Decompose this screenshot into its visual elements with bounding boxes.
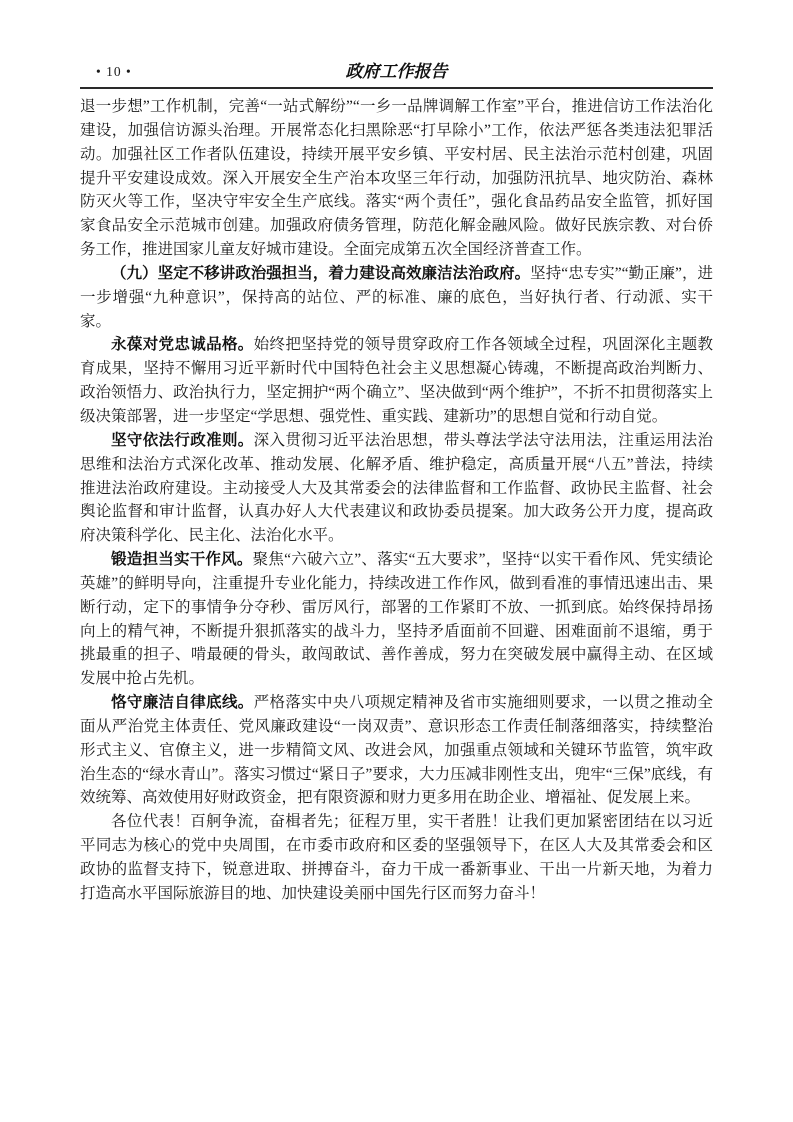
paragraph-loyalty: 永葆对党忠诚品格。始终把坚持党的领导贯穿政府工作各领域全过程，巩固深化主题教育成… (80, 333, 713, 428)
paragraph-section-9: （九）坚定不移讲政治强担当，着力建设高效廉洁法治政府。坚持“忠专实”“勤正廉”，… (80, 262, 713, 334)
document-page: • 10 • 政府工作报告 退一步想”工作机制，完善“一站式解纷”“一乡一品牌调… (0, 0, 793, 1122)
document-body: 退一步想”工作机制，完善“一站式解纷”“一乡一品牌调解工作室”平台，推进信访工作… (80, 95, 713, 906)
paragraph-integrity: 恪守廉洁自律底线。严格落实中央八项规定精神及省市实施细则要求，一以贯之推动全面从… (80, 691, 713, 810)
paragraph-lead: 坚守依法行政准则。 (111, 432, 254, 449)
paragraph-lead: 锻造担当实干作风。 (111, 551, 253, 568)
paragraph-rule-of-law: 坚守依法行政准则。深入贯彻习近平法治思想，带头尊法学法守法用法，注重运用法治思维… (80, 429, 713, 548)
paragraph-text: 退一步想”工作机制，完善“一站式解纷”“一乡一品牌调解工作室”平台，推进信访工作… (80, 98, 713, 258)
paragraph-work-style: 锻造担当实干作风。聚焦“六破六立”、落实“五大要求”，坚持“以实干看作风、凭实绩… (80, 548, 713, 691)
section-heading: （九）坚定不移讲政治强担当，着力建设高效廉洁法治政府。 (111, 265, 530, 282)
page-header: • 10 • 政府工作报告 (80, 60, 713, 89)
paragraph-closing: 各位代表！百舸争流，奋楫者先；征程万里，实干者胜！让我们更加紧密团结在以习近平同… (80, 810, 713, 905)
page-number: • 10 • (96, 64, 132, 80)
paragraph-text: 聚焦“六破六立”、落实“五大要求”，坚持“以实干看作风、凭实绩论英雄”的鲜明导向… (80, 551, 713, 687)
paragraph-continuation: 退一步想”工作机制，完善“一站式解纷”“一乡一品牌调解工作室”平台，推进信访工作… (80, 95, 713, 262)
paragraph-lead: 恪守廉洁自律底线。 (111, 694, 254, 711)
paragraph-text: 各位代表！百舸争流，奋楫者先；征程万里，实干者胜！让我们更加紧密团结在以习近平同… (80, 813, 713, 902)
document-title: 政府工作报告 (80, 60, 713, 84)
paragraph-lead: 永葆对党忠诚品格。 (111, 336, 254, 353)
